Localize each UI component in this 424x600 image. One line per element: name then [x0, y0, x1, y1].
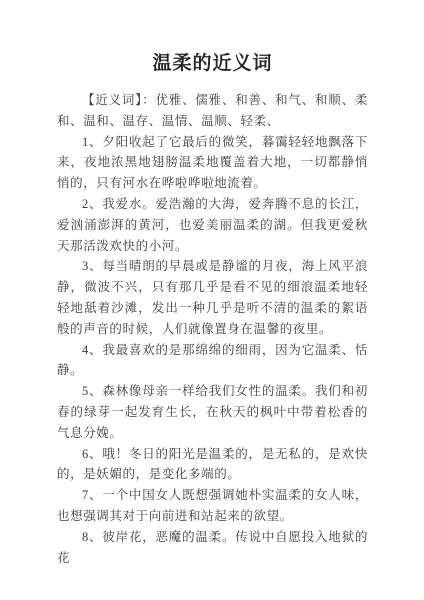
paragraph-example-1: 1、夕阳收起了它最后的微笑，暮霭轻轻地飘落下来，夜地浓黑地翅膀温柔地覆盖着大地，… — [57, 132, 368, 194]
paragraph-example-3: 3、每当晴朗的早晨或是静谧的月夜，海上风平浪静，微波不兴，只有那几乎是看不见的细… — [57, 256, 368, 339]
paragraph-synonym-list: 【近义词】：优雅、儒雅、和善、和气、和顺、柔和、温和、温存、温情、温顺、轻柔、 — [57, 90, 368, 132]
document-page: 温柔的近义词 【近义词】：优雅、儒雅、和善、和气、和顺、柔和、温和、温存、温情、… — [0, 0, 424, 600]
paragraph-example-4: 4、我最喜欢的是那绵绵的细雨，因为它温柔、恬静。 — [57, 340, 368, 382]
document-body: 【近义词】：优雅、儒雅、和善、和气、和顺、柔和、温和、温存、温情、温顺、轻柔、 … — [57, 90, 368, 568]
paragraph-example-8: 8、彼岸花，恶魔的温柔。传说中自愿投入地狱的花 — [57, 527, 368, 569]
paragraph-example-6: 6、哦！冬日的阳光是温柔的，是无私的，是欢快的，是妖媚的，是变化多端的。 — [57, 444, 368, 486]
page-title: 温柔的近义词 — [57, 48, 368, 75]
paragraph-example-2: 2、我爱水。爱浩瀚的大海，爱奔腾不息的长江，爱汹涌澎湃的黄河，也爱美丽温柔的湖。… — [57, 194, 368, 256]
paragraph-example-5: 5、森林像母亲一样给我们女性的温柔。我们和初春的绿芽一起发育生长，在秋天的枫叶中… — [57, 381, 368, 443]
paragraph-example-7: 7、一个中国女人既想强调她朴实温柔的女人味，也想强调其对于向前进和站起来的欲望。 — [57, 485, 368, 527]
